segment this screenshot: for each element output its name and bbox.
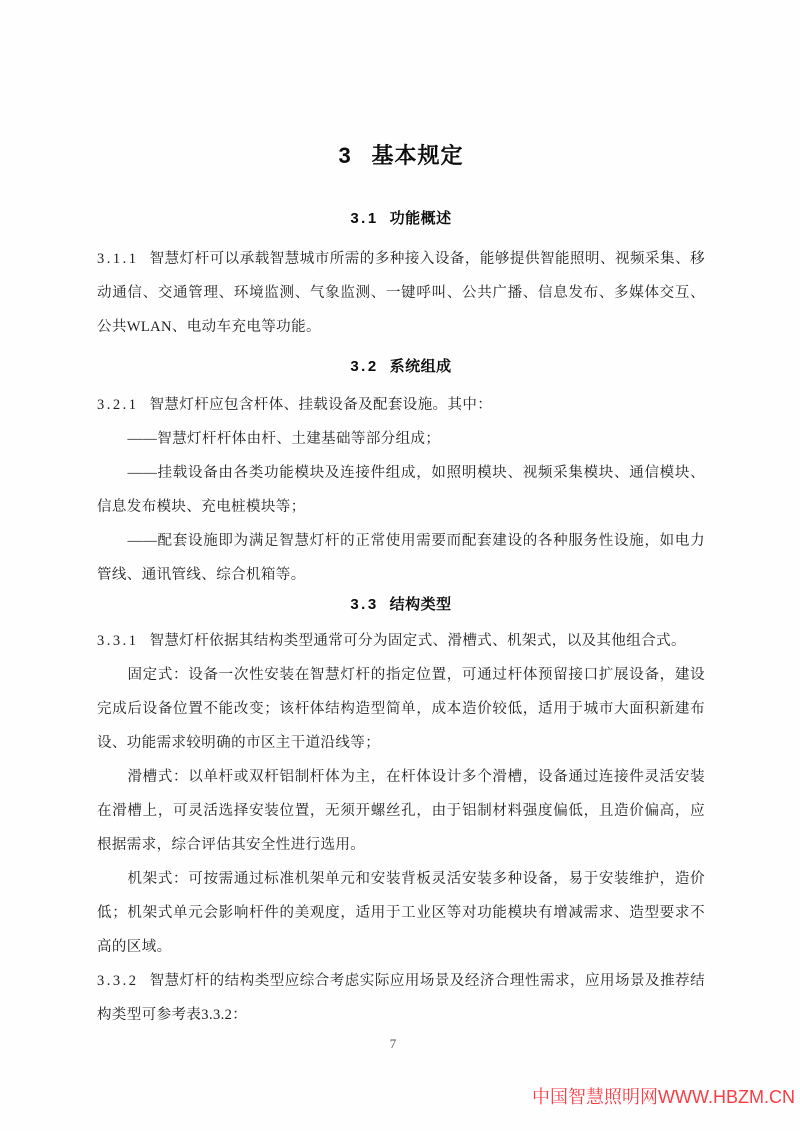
clause-3-3-2-number: 3.3.2 <box>97 973 139 989</box>
section-3-2-number: 3.2 <box>350 358 378 375</box>
clause-3-3-1-number: 3.3.1 <box>97 633 139 649</box>
clause-3-1-1-text: 智慧灯杆可以承载智慧城市所需的多种接入设备，能够提供智能照明、视频采集、移动通信… <box>97 251 705 335</box>
section-3-2-title: 系统组成 <box>390 358 452 375</box>
chapter-heading: 3基本规定 <box>97 140 705 172</box>
section-heading-3-3: 3.3结构类型 <box>97 594 705 616</box>
clause-3-3-1-text: 智慧灯杆依据其结构类型通常可分为固定式、滑槽式、机架式，以及其他组合式。 <box>150 633 686 649</box>
chapter-number: 3 <box>338 143 351 168</box>
watermark-text: 中国智慧照明网WWW.HBZM.CN <box>532 1086 795 1108</box>
section-3-1-title: 功能概述 <box>390 210 452 227</box>
paragraph-fixed-type: 固定式：设备一次性安装在智慧灯杆的指定位置，可通过杆体预留接口扩展设备，建设完成… <box>97 658 705 760</box>
paragraph-slot-type: 滑槽式：以单杆或双杆铝制杆体为主，在杆体设计多个滑槽，设备通过连接件灵活安装在滑… <box>97 760 705 862</box>
section-heading-3-2: 3.2系统组成 <box>97 356 705 378</box>
paragraph-rack-type: 机架式：可按需通过标准机架单元和安装背板灵活安装多种设备，易于安装维护，造价低；… <box>97 862 705 964</box>
section-3-3-number: 3.3 <box>350 596 378 613</box>
clause-3-3-2: 3.3.2智慧灯杆的结构类型应综合考虑实际应用场景及经济合理性需求，应用场景及推… <box>97 964 705 1032</box>
clause-3-2-1-text: 智慧灯杆应包含杆体、挂载设备及配套设施。其中： <box>150 397 493 413</box>
clause-3-1-1-number: 3.1.1 <box>97 251 139 267</box>
document-page: 3基本规定 3.1功能概述 3.1.1智慧灯杆可以承载智慧城市所需的多种接入设备… <box>0 0 800 1131</box>
list-item-mounted-devices: ——挂载设备由各类功能模块及连接件组成，如照明模块、视频采集模块、通信模块、信息… <box>97 456 705 524</box>
list-item-pole-body: ——智慧灯杆杆体由杆、土建基础等部分组成； <box>97 422 705 456</box>
clause-3-1-1: 3.1.1智慧灯杆可以承载智慧城市所需的多种接入设备，能够提供智能照明、视频采集… <box>97 242 705 344</box>
section-heading-3-1: 3.1功能概述 <box>97 208 705 230</box>
section-3-3-title: 结构类型 <box>390 596 452 613</box>
section-3-1-number: 3.1 <box>350 210 378 227</box>
list-item-supporting-facilities: ——配套设施即为满足智慧灯杆的正常使用需要而配套建设的各种服务性设施，如电力管线… <box>97 524 705 592</box>
clause-3-2-1: 3.2.1智慧灯杆应包含杆体、挂载设备及配套设施。其中： <box>97 388 705 422</box>
clause-3-2-1-number: 3.2.1 <box>97 397 139 413</box>
chapter-title: 基本规定 <box>372 143 464 168</box>
clause-3-3-1: 3.3.1智慧灯杆依据其结构类型通常可分为固定式、滑槽式、机架式，以及其他组合式… <box>97 624 705 658</box>
page-number: 7 <box>0 1036 786 1052</box>
clause-3-3-2-text: 智慧灯杆的结构类型应综合考虑实际应用场景及经济合理性需求，应用场景及推荐结构类型… <box>97 973 705 1023</box>
page-content: 3基本规定 3.1功能概述 3.1.1智慧灯杆可以承载智慧城市所需的多种接入设备… <box>0 0 800 1032</box>
